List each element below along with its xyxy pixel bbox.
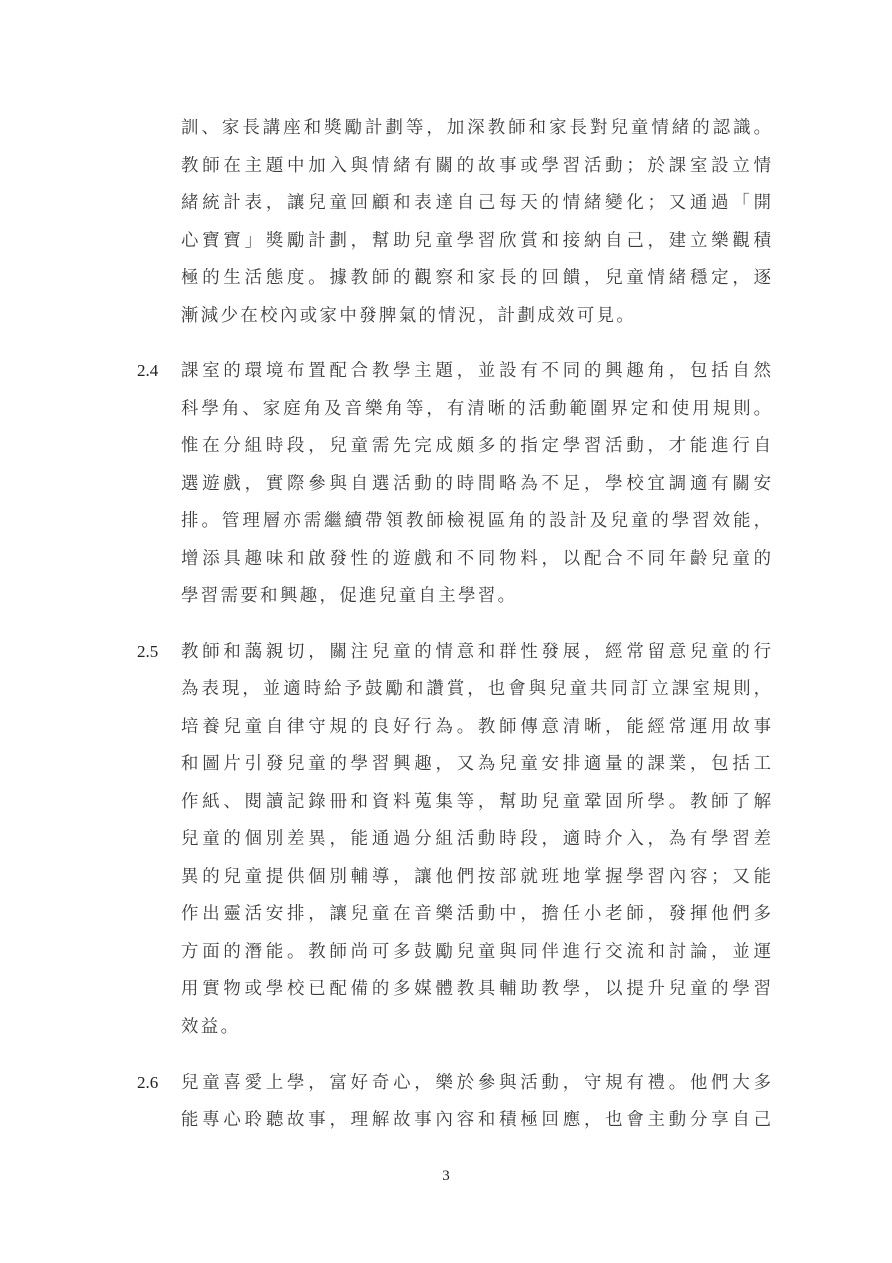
page-number: 3 [0, 1168, 892, 1185]
paragraph-line: 教師在主題中加入與情緒有關的故事或學習活動；於課室設立情 [181, 151, 771, 181]
paragraph-line: 心寶寶」獎勵計劃，幫助兒童學習欣賞和接納自己，建立樂觀積 [181, 226, 771, 256]
paragraph-line: 學習需要和興趣，促進兒童自主學習。 [181, 581, 771, 611]
paragraph-line: 用實物或學校已配備的多媒體教具輔助教學，以提升兒童的學習 [181, 974, 771, 1004]
section-number: 2.4 [137, 356, 158, 386]
paragraph-line: 科學角、家庭角及音樂角等，有清晰的活動範圍界定和使用規則。 [181, 394, 771, 424]
paragraph-line: 為表現，並適時給予鼓勵和讚賞，也會與兒童共同訂立課室規則， [181, 674, 771, 704]
paragraph-line: 緒統計表，讓兒童回顧和表達自己每天的情緒變化；又通過「開 [181, 188, 771, 218]
paragraph-line: 和圖片引發兒童的學習興趣，又為兒童安排適量的課業，包括工 [181, 749, 771, 779]
paragraph-line: 培養兒童自律守規的良好行為。教師傳意清晰，能經常運用故事 [181, 712, 771, 742]
paragraph-line: 教師和藹親切，關注兒童的情意和群性發展，經常留意兒童的行 [181, 637, 771, 667]
paragraph-line: 惟在分組時段，兒童需先完成頗多的指定學習活動，才能進行自 [181, 431, 771, 461]
paragraph-line: 異的兒童提供個別輔導，讓他們按部就班地掌握學習內容；又能 [181, 862, 771, 892]
paragraph-line: 訓、家長講座和獎勵計劃等，加深教師和家長對兒童情緒的認識。 [181, 113, 771, 143]
paragraph-line: 作紙、閱讀記錄冊和資料蒐集等，幫助兒童鞏固所學。教師了解 [181, 787, 771, 817]
paragraph-line: 方面的潛能。教師尚可多鼓勵兒童與同伴進行交流和討論，並運 [181, 937, 771, 967]
paragraph-line: 漸減少在校內或家中發脾氣的情況，計劃成效可見。 [181, 301, 771, 331]
paragraph-line: 兒童喜愛上學，富好奇心，樂於參與活動，守規有禮。他們大多 [181, 1068, 771, 1098]
paragraph-line: 極的生活態度。據教師的觀察和家長的回饋，兒童情緒穩定，逐 [181, 263, 771, 293]
paragraph-line: 選遊戲，實際參與自選活動的時間略為不足，學校宜調適有關安 [181, 469, 771, 499]
document-page: 訓、家長講座和獎勵計劃等，加深教師和家長對兒童情緒的認識。 教師在主題中加入與情… [0, 0, 892, 1263]
paragraph-line: 增添具趣味和啟發性的遊戲和不同物料，以配合不同年齡兒童的 [181, 544, 771, 574]
section-number: 2.5 [137, 637, 158, 667]
paragraph-line: 效益。 [181, 1012, 771, 1042]
paragraph-line: 課室的環境布置配合教學主題，並設有不同的興趣角，包括自然 [181, 356, 771, 386]
paragraph-line: 作出靈活安排，讓兒童在音樂活動中，擔任小老師，發揮他們多 [181, 899, 771, 929]
section-number: 2.6 [137, 1068, 158, 1098]
paragraph-line: 兒童的個別差異，能通過分組活動時段，適時介入，為有學習差 [181, 824, 771, 854]
paragraph-line: 能專心聆聽故事，理解故事內容和積極回應，也會主動分享自己 [181, 1105, 771, 1135]
paragraph-line: 排。管理層亦需繼續帶領教師檢視區角的設計及兒童的學習效能， [181, 506, 771, 536]
